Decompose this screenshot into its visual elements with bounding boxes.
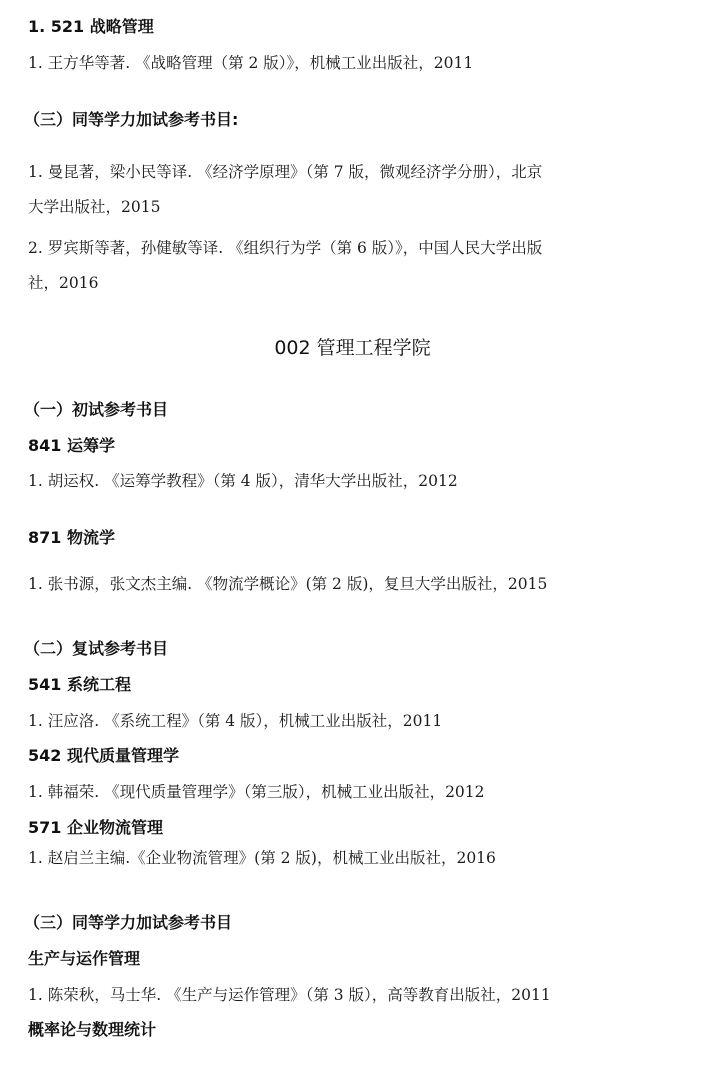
reference-item-line1: 1. 曼昆著，梁小民等译. 《经济学原理》（第 7 版，微观经济学分册），北京 — [28, 162, 542, 182]
subject-heading-841: 841 运筹学 — [28, 436, 115, 456]
subject-heading-541: 541 系统工程 — [28, 675, 131, 695]
reference-item: 1. 王方华等著. 《战略管理（第 2 版）》，机械工业出版社，2011 — [28, 53, 473, 73]
section-label-equivalent: （三）同等学力加试参考书目 — [24, 913, 232, 933]
section-label-initial: （一）初试参考书目 — [24, 400, 168, 420]
subject-heading-571: 571 企业物流管理 — [28, 818, 163, 838]
subject-heading-871: 871 物流学 — [28, 528, 115, 548]
school-title: 002 管理工程学院 — [0, 336, 705, 360]
reference-item: 1. 汪应洛. 《系统工程》（第 4 版），机械工业出版社，2011 — [28, 711, 442, 731]
subject-heading-probability: 概率论与数理统计 — [28, 1020, 156, 1040]
reference-item-line2: 社，2016 — [28, 273, 98, 293]
reference-item: 1. 赵启兰主编.《企业物流管理》(第 2 版)，机械工业出版社，2016 — [28, 848, 496, 868]
reference-item-line2: 大学出版社，2015 — [28, 197, 160, 217]
reference-item-line1: 2. 罗宾斯等著，孙健敏等译. 《组织行为学（第 6 版）》，中国人民大学出版 — [28, 238, 542, 258]
reference-item: 1. 张书源，张文杰主编. 《物流学概论》(第 2 版)，复旦大学出版社，201… — [28, 574, 547, 594]
subject-heading-521: 1. 521 战略管理 — [28, 17, 154, 37]
subject-heading-production: 生产与运作管理 — [28, 949, 140, 969]
section-label-equivalent: （三）同等学力加试参考书目: — [24, 110, 238, 130]
reference-item: 1. 胡运权. 《运筹学教程》（第 4 版），清华大学出版社，2012 — [28, 471, 458, 491]
section-label-retest: （二）复试参考书目 — [24, 639, 168, 659]
subject-heading-542: 542 现代质量管理学 — [28, 746, 179, 766]
reference-item: 1. 陈荣秋，马士华. 《生产与运作管理》（第 3 版），高等教育出版社，201… — [28, 985, 551, 1005]
reference-item: 1. 韩福荣. 《现代质量管理学》（第三版），机械工业出版社，2012 — [28, 782, 485, 802]
